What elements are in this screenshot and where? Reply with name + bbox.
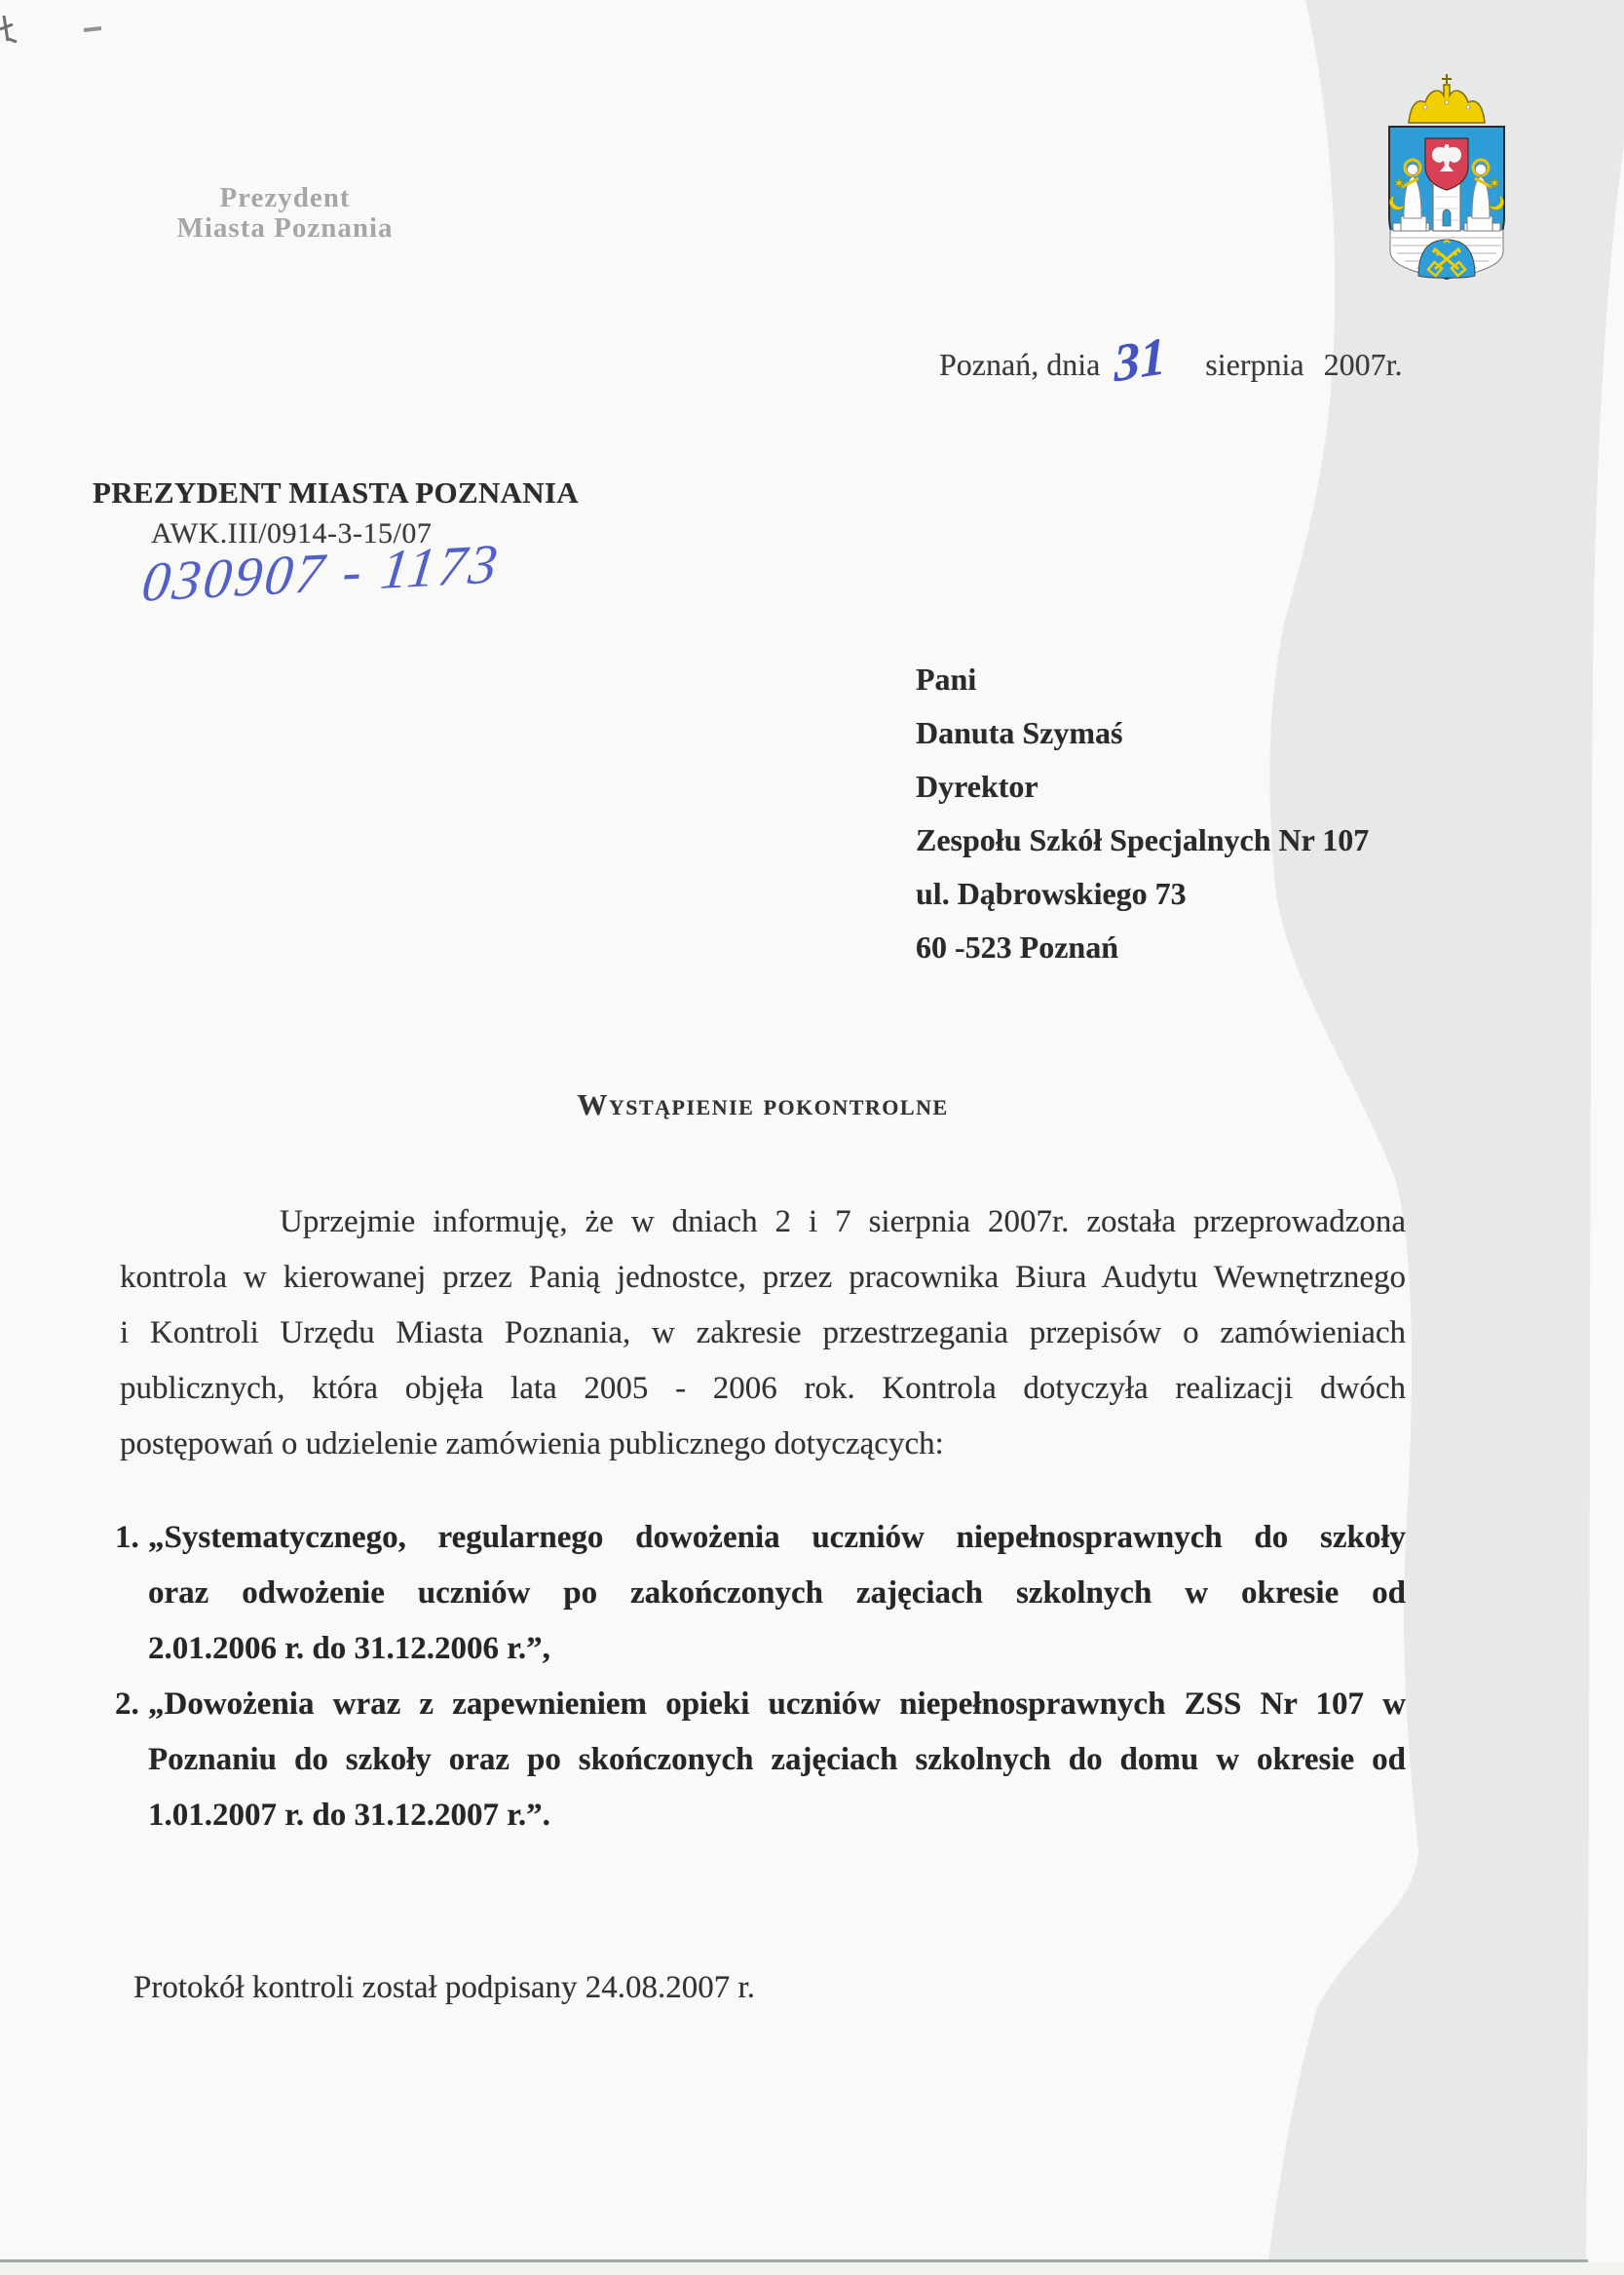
document-title: Wystąpienie pokontrolne xyxy=(120,1087,1406,1122)
paragraph-line: i Kontroli Urzędu Miasta Poznania, w zak… xyxy=(120,1306,1406,1361)
list-item-line: oraz odwożenie uczniów po zakończonych z… xyxy=(148,1566,1406,1621)
list-item-line: „Systematycznego, regularnego dowożenia … xyxy=(148,1510,1406,1566)
list-item-line: „Dowożenia wraz z zapewnieniem opieki uc… xyxy=(148,1677,1406,1732)
recipient-block: Pani Danuta Szymaś Dyrektor Zespołu Szkó… xyxy=(916,653,1369,974)
paragraph-line: Uprzejmie informuję, że w dniach 2 i 7 s… xyxy=(120,1194,1406,1250)
paragraph-line: postępowań o udzielenie zamówienia publi… xyxy=(120,1417,1406,1472)
list-item-text: „Dowożenia wraz z zapewnieniem opieki uc… xyxy=(148,1677,1406,1843)
scan-shadow-band xyxy=(0,0,1624,2275)
body-paragraph: Uprzejmie informuję, że w dniach 2 i 7 s… xyxy=(120,1194,1406,1472)
handwritten-day: 31 xyxy=(1114,356,1166,363)
list-item: 2. „Dowożenia wraz z zapewnieniem opieki… xyxy=(115,1677,1406,1843)
numbered-list: 1. „Systematycznego, regularnego dowożen… xyxy=(115,1510,1406,1843)
list-item-line: 1.01.2007 r. do 31.12.2007 r.”. xyxy=(148,1788,1406,1843)
scan-bottom-strip xyxy=(0,2262,1624,2275)
letterhead-line2: Miasta Poznania xyxy=(136,213,434,244)
list-item: 1. „Systematycznego, regularnego dowożen… xyxy=(115,1510,1406,1677)
sender-name: PREZYDENT MIASTA POZNANIA xyxy=(93,475,579,511)
recipient-role: Dyrektor xyxy=(916,760,1369,814)
recipient-institution: Zespołu Szkół Specjalnych Nr 107 xyxy=(916,814,1369,867)
scan-artifact-marks xyxy=(0,0,195,78)
poznan-coat-of-arms-icon: ✶ ✶ xyxy=(1374,70,1520,286)
svg-text:✶: ✶ xyxy=(1488,174,1501,193)
list-item-number: 1. xyxy=(115,1510,148,1566)
svg-text:✶: ✶ xyxy=(1392,174,1406,193)
date-month-year: sierpnia 2007r. xyxy=(1205,347,1402,382)
recipient-name: Danuta Szymaś xyxy=(916,706,1369,760)
closing-line: Protokół kontroli został podpisany 24.08… xyxy=(133,1960,755,2016)
letterhead-line1: Prezydent xyxy=(136,183,434,213)
recipient-city: 60 -523 Poznań xyxy=(916,921,1369,974)
date-line: Poznań, dnia31sierpnia 2007r. xyxy=(939,347,1402,383)
paragraph-line: kontrola w kierowanej przez Panią jednos… xyxy=(120,1250,1406,1306)
scanned-letter-page: Prezydent Miasta Poznania xyxy=(0,0,1624,2275)
list-item-text: „Systematycznego, regularnego dowożenia … xyxy=(148,1510,1406,1677)
recipient-street: ul. Dąbrowskiego 73 xyxy=(916,867,1369,921)
list-item-line: Poznaniu do szkoły oraz po skończonych z… xyxy=(148,1732,1406,1788)
list-item-line: 2.01.2006 r. do 31.12.2006 r.”, xyxy=(148,1621,1406,1677)
paragraph-line: publicznych, która objęła lata 2005 - 20… xyxy=(120,1361,1406,1417)
date-place: Poznań, dnia xyxy=(939,347,1100,382)
list-item-number: 2. xyxy=(115,1677,148,1732)
letterhead: Prezydent Miasta Poznania xyxy=(136,183,434,244)
recipient-salutation: Pani xyxy=(916,653,1369,706)
